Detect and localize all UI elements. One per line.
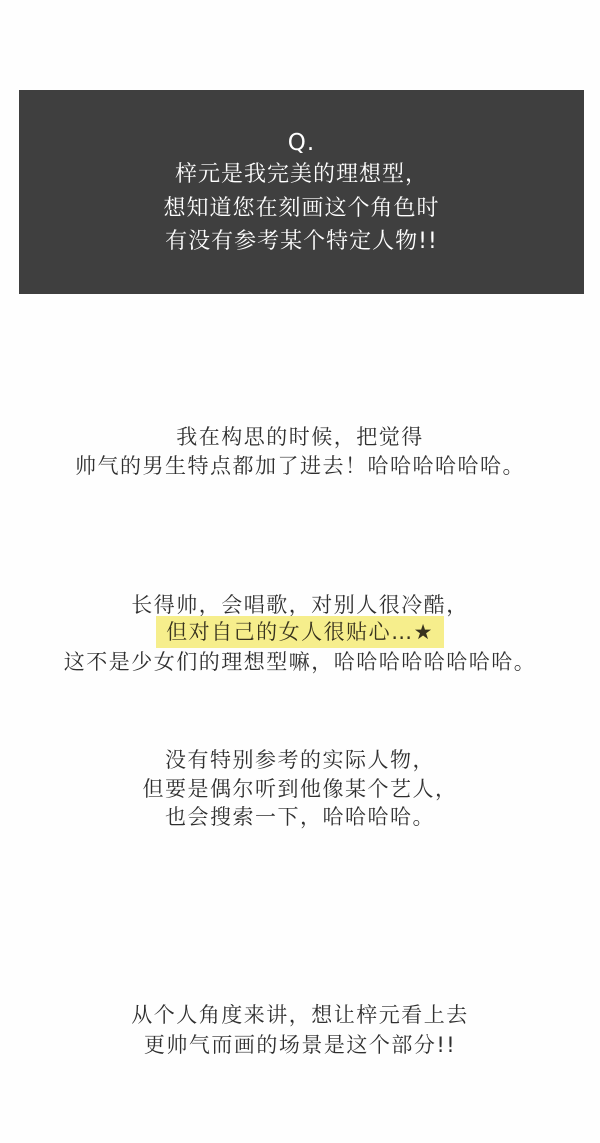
answer-4-line-1: 从个人角度来讲，想让梓元看上去	[0, 1001, 600, 1030]
highlight-row: 但对自己的女人很贴心…★	[0, 616, 600, 648]
highlighted-text: 但对自己的女人很贴心…★	[156, 616, 444, 648]
question-label: Q.	[19, 128, 584, 158]
answer-3-line-1: 没有特别参考的实际人物，	[0, 746, 600, 775]
question-line-1: 梓元是我完美的理想型，	[19, 160, 584, 190]
answer-4-line-2: 更帅气而画的场景是这个部分!!	[0, 1031, 600, 1060]
answer-1-line-2: 帅气的男生特点都加了进去！哈哈哈哈哈哈。	[0, 452, 600, 481]
question-box: Q. 梓元是我完美的理想型， 想知道您在刻画这个角色时 有没有参考某个特定人物!…	[19, 90, 584, 294]
question-line-2: 想知道您在刻画这个角色时	[19, 194, 584, 224]
answer-1-line-1: 我在构思的时候，把觉得	[0, 423, 600, 452]
answer-3-line-3: 也会搜索一下，哈哈哈哈。	[0, 803, 600, 832]
answer-3-line-2: 但要是偶尔听到他像某个艺人，	[0, 775, 600, 804]
question-line-3: 有没有参考某个特定人物!!	[19, 227, 584, 257]
answer-2-line-3: 这不是少女们的理想型嘛，哈哈哈哈哈哈哈哈。	[0, 648, 600, 677]
